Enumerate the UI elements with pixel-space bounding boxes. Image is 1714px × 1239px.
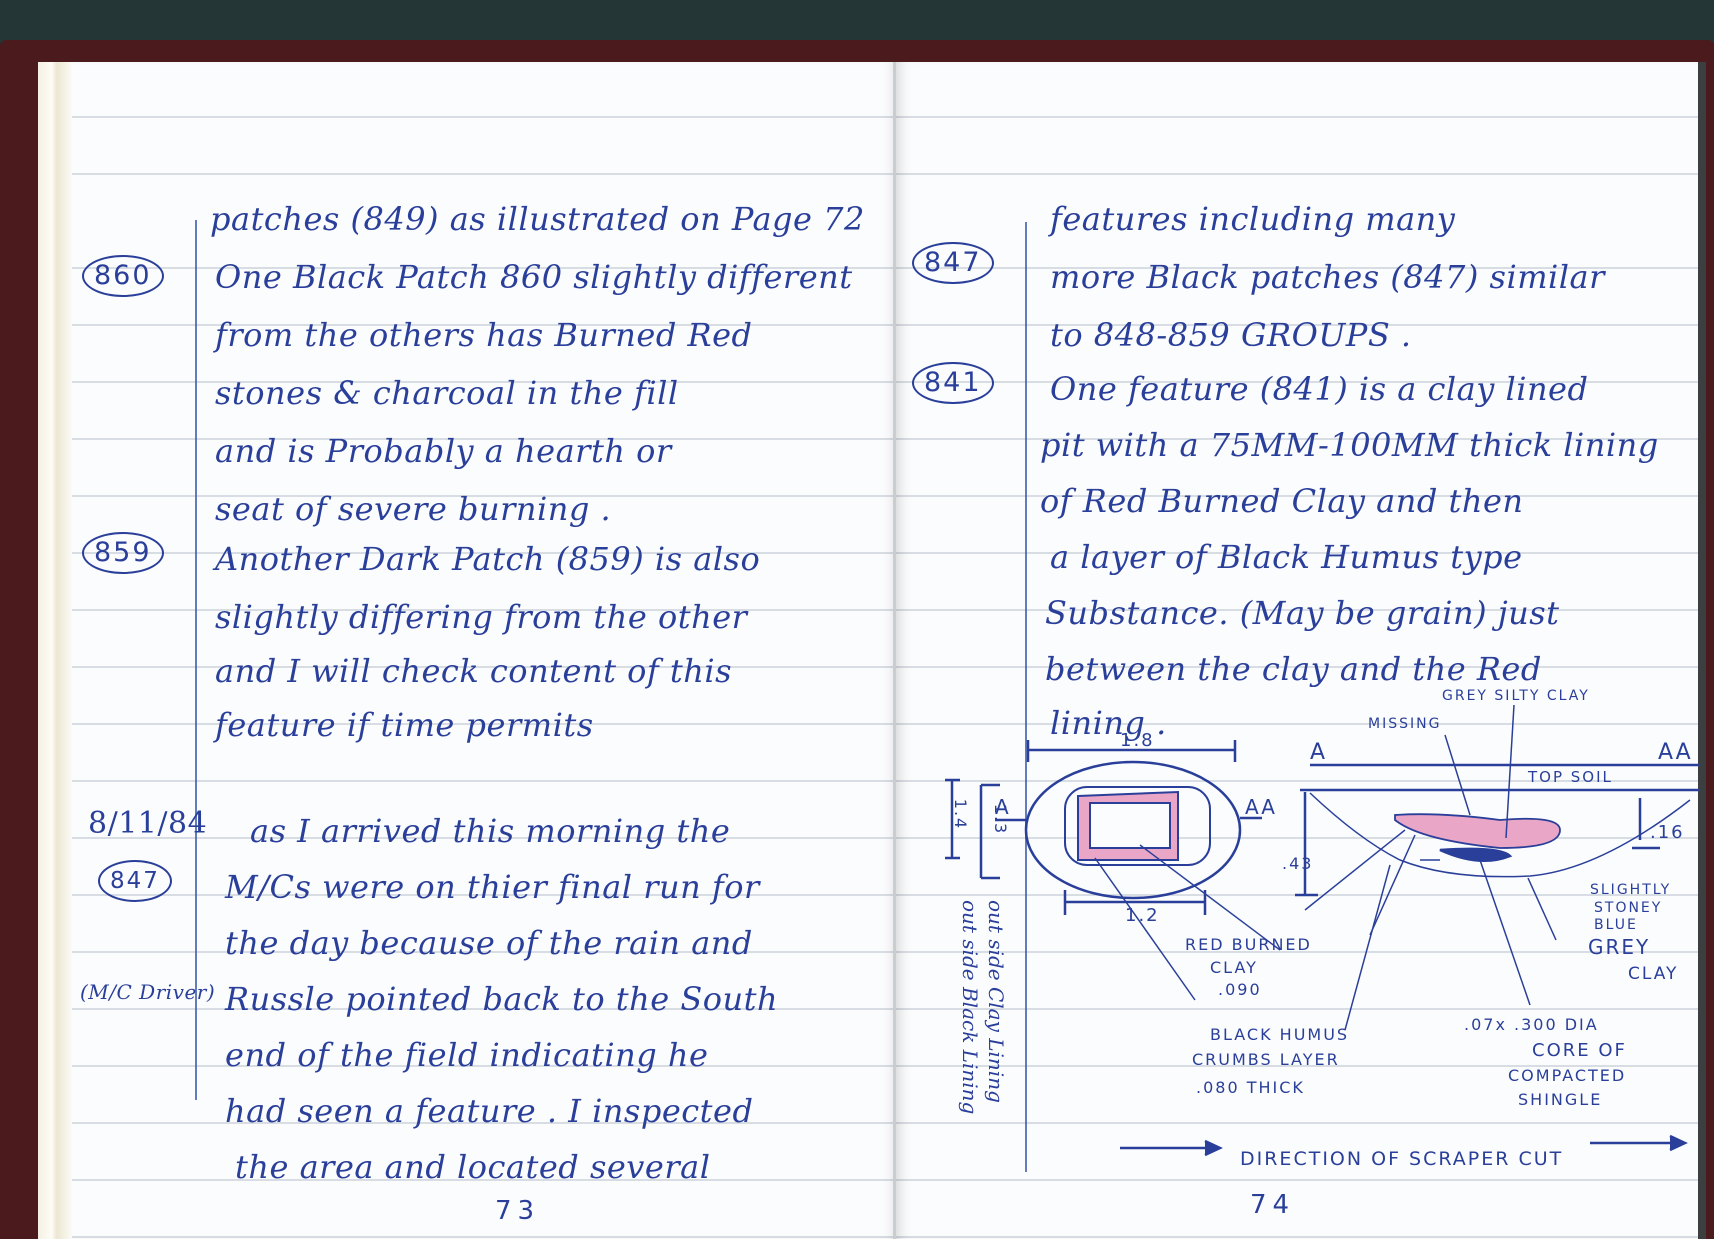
plan-section-aa: AA bbox=[1245, 795, 1277, 819]
plan-width-label: 1.8 bbox=[1120, 730, 1155, 751]
label-grey-clay-3: BLUE bbox=[1594, 917, 1638, 933]
label-black-humus-3: .080 THICK bbox=[1196, 1078, 1305, 1097]
label-core-3: COMPACTED bbox=[1508, 1066, 1626, 1085]
page-number-right: 74 bbox=[1250, 1190, 1295, 1220]
label-core-4: SHINGLE bbox=[1518, 1090, 1602, 1109]
section-a: A bbox=[1310, 740, 1327, 765]
label-grey-clay-2: STONEY bbox=[1594, 900, 1662, 916]
label-grey-clay-1: SLIGHTLY bbox=[1590, 882, 1671, 898]
label-grey-silty-clay: GREY SILTY CLAY bbox=[1442, 688, 1590, 704]
section-aa: AA bbox=[1658, 740, 1693, 765]
label-grey-clay-5: CLAY bbox=[1628, 964, 1678, 984]
label-depth-right: .16 bbox=[1650, 822, 1685, 843]
archaeology-sketches bbox=[0, 0, 1714, 1239]
vertical-note-clay: out side Clay Lining bbox=[984, 900, 1008, 1103]
label-red-burned-clay: CLAY bbox=[1210, 958, 1258, 977]
label-top-soil: TOP SOIL bbox=[1528, 768, 1613, 786]
direction-note: DIRECTION OF SCRAPER CUT bbox=[1240, 1148, 1563, 1170]
label-red-burned-thickness: .090 bbox=[1218, 980, 1262, 999]
label-grey-clay-4: GREY bbox=[1588, 935, 1650, 959]
plan-outer-height-label: 1.4 bbox=[951, 799, 970, 830]
label-missing: MISSING bbox=[1368, 716, 1441, 732]
label-black-humus-2: CRUMBS LAYER bbox=[1192, 1050, 1340, 1069]
plan-inner-width-label: 1.2 bbox=[1125, 905, 1160, 926]
plan-section-a: A bbox=[995, 795, 1011, 819]
label-red-burned: RED BURNED bbox=[1185, 935, 1312, 954]
label-black-humus-1: BLACK HUMUS bbox=[1210, 1025, 1349, 1044]
label-core-2: CORE OF bbox=[1532, 1040, 1627, 1061]
label-core-1: .07x .300 DIA bbox=[1464, 1015, 1599, 1034]
label-depth-left: .43 bbox=[1282, 854, 1313, 873]
vertical-note-black: out side Black Lining bbox=[958, 900, 982, 1114]
